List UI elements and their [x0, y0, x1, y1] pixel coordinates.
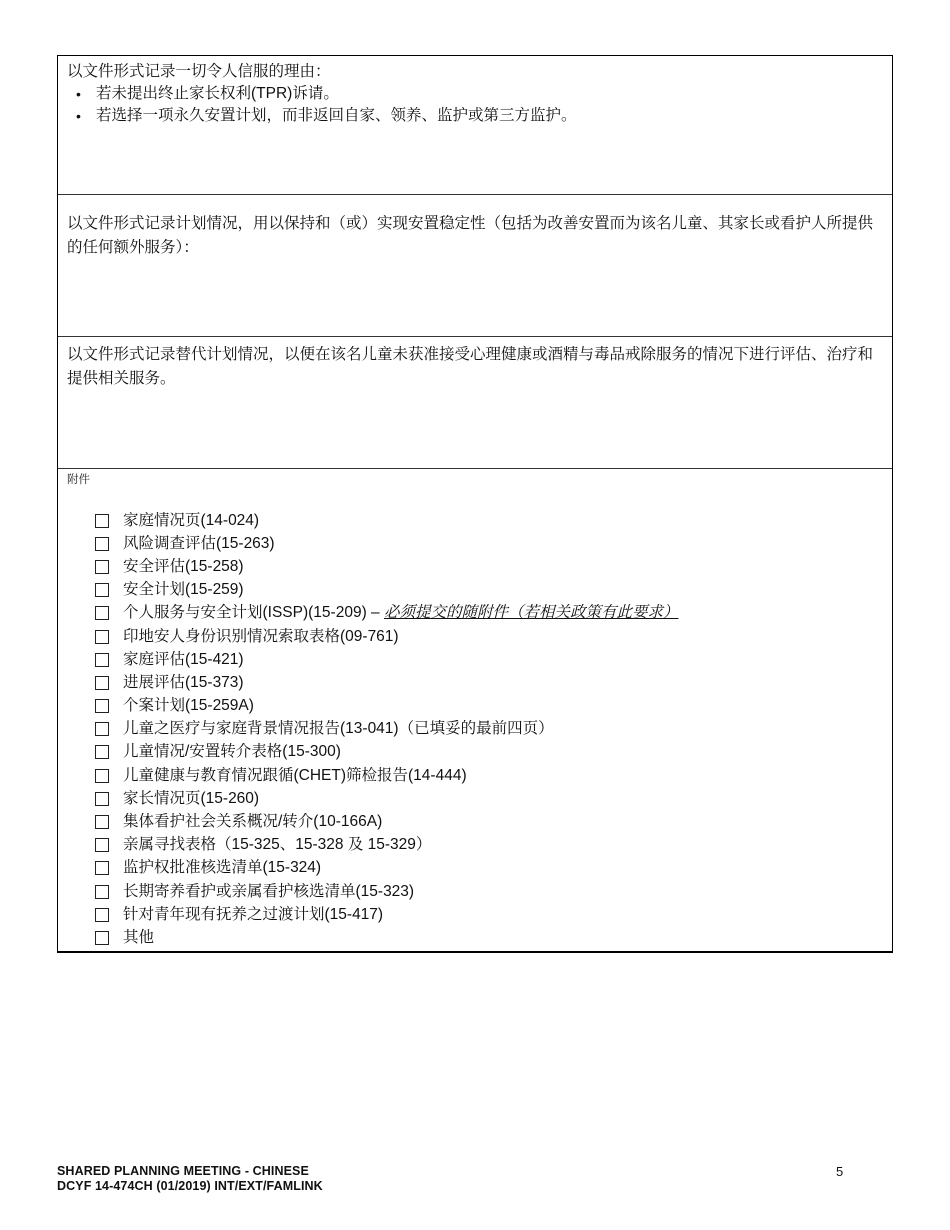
attachment-checkbox[interactable]	[95, 583, 109, 597]
attachment-label: 家长情况页(15-260)	[123, 787, 259, 811]
attachment-item: 个案计划(15-259A)	[67, 695, 883, 718]
attachment-label: 监护权批准核选清单(15-324)	[123, 856, 321, 880]
attachment-checkbox[interactable]	[95, 630, 109, 644]
attachment-label: 风险调查评估(15-263)	[123, 532, 275, 556]
attachment-checkbox[interactable]	[95, 699, 109, 713]
attachment-checkbox[interactable]	[95, 606, 109, 620]
attachment-item: 长期寄养看护或亲属看护核选清单(15-323)	[67, 880, 883, 903]
attachment-checkbox[interactable]	[95, 653, 109, 667]
attachment-item: 监护权批准核选清单(15-324)	[67, 857, 883, 880]
attachment-item: 家长情况页(15-260)	[67, 787, 883, 810]
attachment-checkbox[interactable]	[95, 769, 109, 783]
attachment-checkbox[interactable]	[95, 838, 109, 852]
alternate-plan-section: 以文件形式记录替代计划情况，以便在该名儿童未获准接受心理健康或酒精与毒品戒除服务…	[58, 336, 892, 468]
attachment-item: 印地安人身份识别情况索取表格(09-761)	[67, 625, 883, 648]
attachment-checkbox[interactable]	[95, 537, 109, 551]
plan-stability-prompt: 以文件形式记录计划情况，用以保持和（或）实现安置稳定性（包括为改善安置而为该名儿…	[67, 212, 883, 260]
attachment-item: 家庭评估(15-421)	[67, 648, 883, 671]
attachment-label: 印地安人身份识别情况索取表格(09-761)	[123, 625, 399, 649]
attachment-checkbox[interactable]	[95, 560, 109, 574]
attachments-label: 附件	[67, 473, 883, 488]
attachment-item: 儿童健康与教育情况跟循(CHET)筛检报告(14-444)	[67, 764, 883, 787]
attachment-label: 个人服务与安全计划(ISSP)(15-209) –	[123, 601, 384, 625]
attachments-section: 附件 家庭情况页(14-024)风险调查评估(15-263)安全评估(15-25…	[58, 468, 892, 951]
attachment-item: 安全评估(15-258)	[67, 555, 883, 578]
attachments-checklist: 家庭情况页(14-024)风险调查评估(15-263)安全评估(15-258)安…	[67, 509, 883, 950]
attachment-label: 针对青年现有抚养之过渡计划(15-417)	[123, 903, 383, 927]
attachment-checkbox[interactable]	[95, 514, 109, 528]
attachment-item: 其他	[67, 926, 883, 949]
attachment-label: 长期寄养看护或亲属看护核选清单(15-323)	[123, 880, 414, 904]
attachment-checkbox[interactable]	[95, 885, 109, 899]
bullet-text: 若选择一项永久安置计划，而非返回自家、领养、监护或第三方监护。	[96, 105, 883, 127]
attachment-checkbox[interactable]	[95, 676, 109, 690]
attachment-checkbox[interactable]	[95, 815, 109, 829]
attachment-item: 儿童之医疗与家庭背景情况报告(13-041)（已填妥的最前四页）	[67, 718, 883, 741]
attachment-item: 集体看护社会关系概况/转介(10-166A)	[67, 810, 883, 833]
attachment-checkbox[interactable]	[95, 861, 109, 875]
attachment-required-note: 必须提交的随附件（若相关政策有此要求）	[384, 601, 679, 625]
attachment-checkbox[interactable]	[95, 908, 109, 922]
attachment-item: 安全计划(15-259)	[67, 579, 883, 602]
attachment-label: 儿童情况/安置转介表格(15-300)	[123, 740, 341, 764]
plan-stability-section: 以文件形式记录计划情况，用以保持和（或）实现安置稳定性（包括为改善安置而为该名儿…	[58, 194, 892, 336]
attachment-checkbox[interactable]	[95, 931, 109, 945]
attachment-checkbox[interactable]	[95, 722, 109, 736]
attachment-label: 其他	[123, 926, 154, 950]
attachment-item: 针对青年现有抚养之过渡计划(15-417)	[67, 903, 883, 926]
page-number: 5	[836, 1164, 843, 1179]
attachment-item: 亲属寻找表格（15-325、15-328 及 15-329）	[67, 834, 883, 857]
attachment-checkbox[interactable]	[95, 792, 109, 806]
document-page: 以文件形式记录一切令人信服的理由： •若未提出终止家长权利(TPR)诉请。•若选…	[0, 0, 950, 1230]
bullet-text: 若未提出终止家长权利(TPR)诉请。	[96, 83, 883, 105]
bullet-icon: •	[67, 83, 96, 105]
attachment-label: 安全计划(15-259)	[123, 578, 244, 602]
attachment-item: 风险调查评估(15-263)	[67, 532, 883, 555]
compelling-reasons-section: 以文件形式记录一切令人信服的理由： •若未提出终止家长权利(TPR)诉请。•若选…	[58, 56, 892, 194]
attachment-label: 进展评估(15-373)	[123, 671, 244, 695]
bullet-item: •若选择一项永久安置计划，而非返回自家、领养、监护或第三方监护。	[67, 105, 883, 127]
bullet-item: •若未提出终止家长权利(TPR)诉请。	[67, 83, 883, 105]
attachment-label: 家庭评估(15-421)	[123, 648, 244, 672]
attachment-item: 个人服务与安全计划(ISSP)(15-209) – 必须提交的随附件（若相关政策…	[67, 602, 883, 625]
bullet-icon: •	[67, 105, 96, 127]
attachment-label: 亲属寻找表格（15-325、15-328 及 15-329）	[123, 833, 431, 857]
attachment-item: 儿童情况/安置转介表格(15-300)	[67, 741, 883, 764]
attachment-label: 儿童之医疗与家庭背景情况报告(13-041)（已填妥的最前四页）	[123, 717, 554, 741]
attachment-label: 儿童健康与教育情况跟循(CHET)筛检报告(14-444)	[123, 764, 467, 788]
attachment-label: 家庭情况页(14-024)	[123, 509, 259, 533]
alternate-plan-prompt: 以文件形式记录替代计划情况，以便在该名儿童未获准接受心理健康或酒精与毒品戒除服务…	[67, 343, 883, 391]
attachment-label: 安全评估(15-258)	[123, 555, 244, 579]
page-footer: SHARED PLANNING MEETING - CHINESE DCYF 1…	[57, 1164, 843, 1194]
compelling-reasons-bullet-list: •若未提出终止家长权利(TPR)诉请。•若选择一项永久安置计划，而非返回自家、领…	[67, 83, 883, 127]
attachment-item: 进展评估(15-373)	[67, 671, 883, 694]
attachment-label: 集体看护社会关系概况/转介(10-166A)	[123, 810, 382, 834]
form-section-box: 以文件形式记录一切令人信服的理由： •若未提出终止家长权利(TPR)诉请。•若选…	[57, 55, 893, 953]
form-id: DCYF 14-474CH (01/2019) INT/EXT/FAMLINK	[57, 1179, 843, 1194]
compelling-reasons-prompt: 以文件形式记录一切令人信服的理由：	[67, 61, 883, 83]
attachment-label: 个案计划(15-259A)	[123, 694, 254, 718]
form-title: SHARED PLANNING MEETING - CHINESE	[57, 1164, 843, 1179]
attachment-checkbox[interactable]	[95, 745, 109, 759]
attachment-item: 家庭情况页(14-024)	[67, 509, 883, 532]
